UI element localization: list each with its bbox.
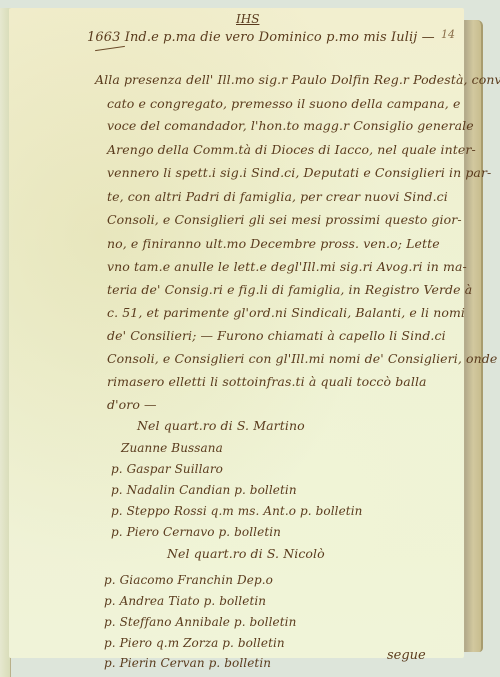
body-line: cato e congregato, premesso il suono del… bbox=[107, 96, 460, 111]
section-heading: Nel quart.ro di S. Martino bbox=[137, 418, 305, 433]
ihs-monogram: IHS bbox=[236, 12, 259, 26]
name-entry: p. Gaspar Suillaro bbox=[111, 462, 223, 476]
catchword: segue bbox=[387, 648, 426, 663]
name-entry: p. Nadalin Candian p. bolletin bbox=[111, 483, 297, 497]
section-heading: Nel quart.ro di S. Nicolò bbox=[167, 546, 325, 561]
body-line: voce del comandador, l'hon.to magg.r Con… bbox=[107, 118, 474, 133]
body-line: c. 51, et parimente gl'ord.ni Sindicali,… bbox=[107, 305, 465, 320]
name-entry: p. Piero q.m Zorza p. bolletin bbox=[104, 636, 285, 650]
name-entry: p. Steffano Annibale p. bolletin bbox=[104, 615, 296, 629]
body-line: Consoli, e Consiglieri gli sei mesi pros… bbox=[107, 212, 462, 227]
date-line: 1663 Ind.e p.ma die vero Dominico p.mo m… bbox=[87, 30, 435, 45]
body-line: vennero li spett.i sig.i Sind.ci, Deputa… bbox=[107, 165, 491, 180]
name-entry: p. Giacomo Franchin Dep.o bbox=[104, 573, 273, 587]
body-line: no, e finiranno ult.mo Decembre pross. v… bbox=[107, 236, 440, 251]
body-line: d'oro — bbox=[107, 397, 157, 412]
body-line: vno tam.e anulle le lett.e degl'Ill.mi s… bbox=[107, 259, 467, 274]
name-entry: Zuanne Bussana bbox=[121, 441, 223, 455]
body-line: Consoli, e Consiglieri con gl'Ill.mi nom… bbox=[107, 351, 497, 366]
name-entry: p. Steppo Rossi q.m ms. Ant.o p. bolleti… bbox=[111, 504, 363, 518]
manuscript-page: IHS 14 1663 Ind.e p.ma die vero Dominico… bbox=[9, 8, 464, 658]
body-line: rimasero elletti li sottoinfras.ti à qua… bbox=[107, 374, 427, 389]
name-entry: p. Pierin Cervan p. bolletin bbox=[104, 656, 271, 670]
body-line: teria de' Consig.ri e fig.li di famiglia… bbox=[107, 282, 472, 297]
folio-number: 14 bbox=[441, 28, 455, 41]
name-entry: p. Piero Cernavo p. bolletin bbox=[111, 525, 281, 539]
body-line: de' Consilieri; — Furono chiamati à cape… bbox=[107, 328, 446, 343]
name-entry: p. Andrea Tiato p. bolletin bbox=[104, 594, 266, 608]
body-line: Alla presenza dell' Ill.mo sig.r Paulo D… bbox=[95, 72, 500, 87]
date-underline bbox=[95, 46, 125, 51]
body-line: te, con altri Padri di famiglia, per cre… bbox=[107, 189, 448, 204]
body-line: Arengo della Comm.tà di Dioces di Iacco,… bbox=[107, 142, 476, 157]
